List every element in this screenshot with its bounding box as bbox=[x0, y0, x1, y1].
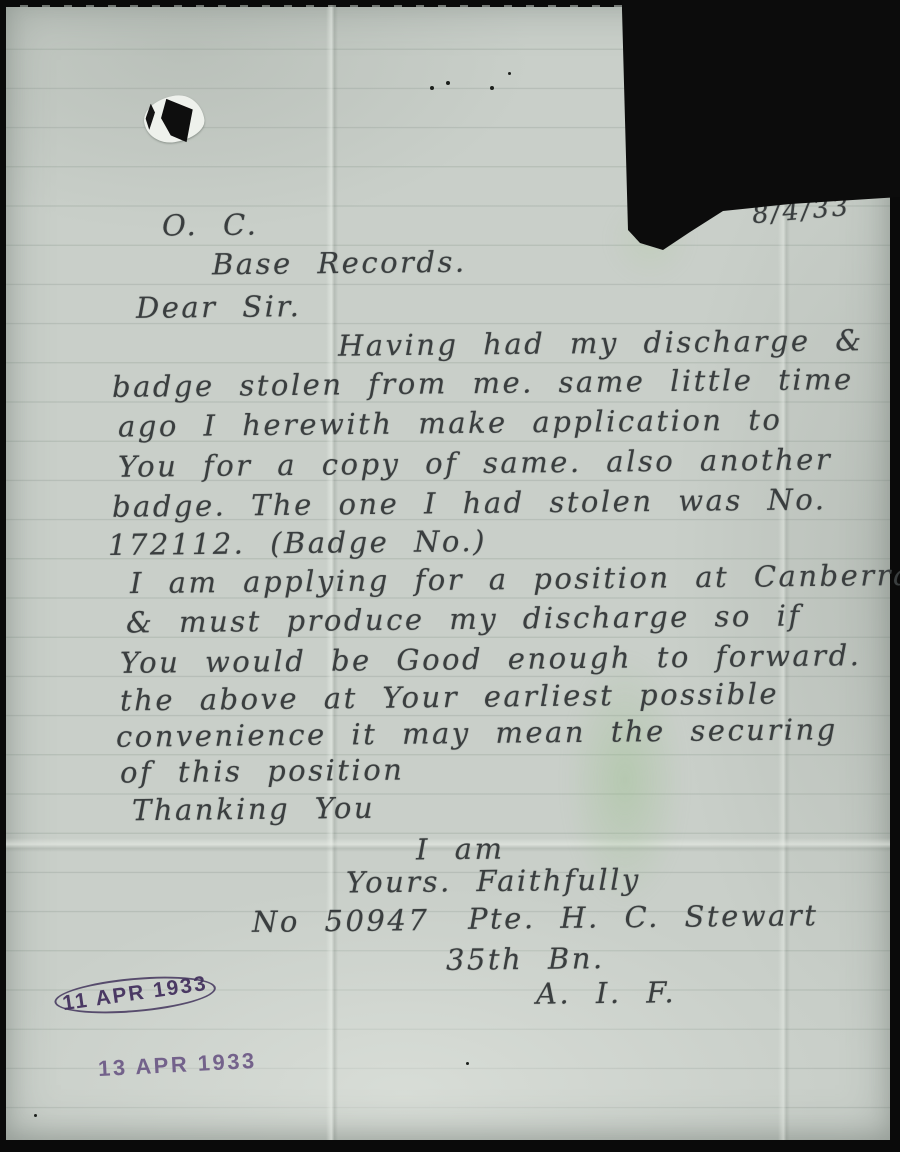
addressee-line: O. C. bbox=[162, 207, 259, 242]
unit-line: 35th Bn. bbox=[446, 941, 605, 977]
signature-name: Pte. H. C. Stewart bbox=[468, 898, 819, 936]
letter-body-line: & must produce my discharge so if bbox=[126, 598, 802, 639]
salutation: Dear Sir. bbox=[136, 289, 302, 325]
letter-body-line: of this position bbox=[120, 753, 405, 790]
dirt-speck bbox=[466, 1062, 469, 1065]
letter-body-line: ago I herewith make application to bbox=[118, 403, 783, 444]
dirt-speck bbox=[430, 86, 434, 90]
closing-line: I am bbox=[416, 832, 505, 867]
addressee-line: Base Records. bbox=[212, 245, 467, 282]
closing-line: Yours. Faithfully bbox=[346, 862, 641, 899]
torn-top-edge bbox=[6, 0, 626, 7]
letter-body-line: Thanking You bbox=[132, 791, 375, 828]
letter-body-line: Having had my discharge & bbox=[338, 323, 864, 363]
torn-hole bbox=[140, 90, 208, 148]
dirt-speck bbox=[446, 81, 450, 85]
force-line: A. I. F. bbox=[536, 975, 676, 1010]
dirt-speck bbox=[490, 86, 494, 90]
service-number: No 50947 bbox=[252, 903, 430, 939]
dirt-speck bbox=[34, 1114, 37, 1117]
scanned-letter-page: { "page": { "background_color": "#0a0a0a… bbox=[0, 0, 900, 1152]
letter-body-line: 172112. (Badge No.) bbox=[108, 524, 487, 562]
dirt-speck bbox=[508, 72, 511, 75]
letter-body-line: the above at Your earliest possible bbox=[120, 677, 779, 718]
